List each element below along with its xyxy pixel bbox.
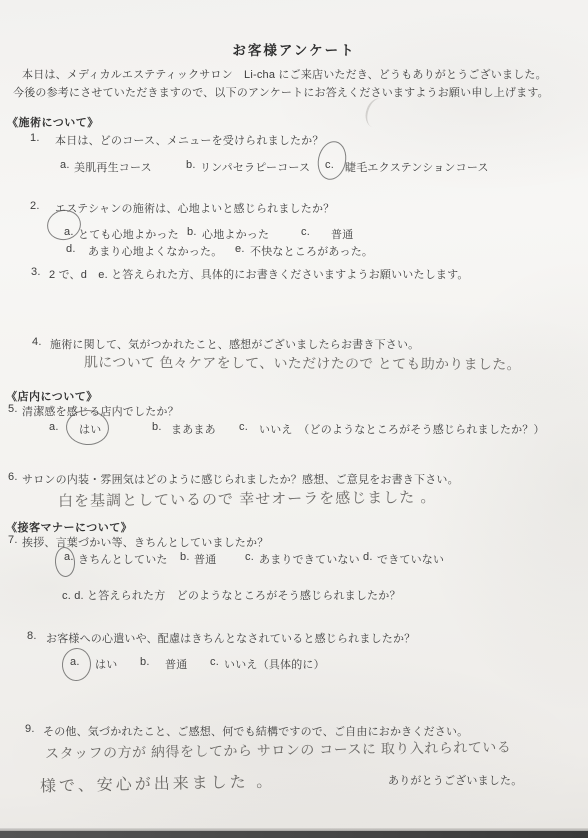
q8-option-c-key: c. [210,656,219,668]
q9-handwritten-answer-line2: 様で、安心が出来ました 。 [40,769,276,797]
q7-option-d-label: できていない [377,551,444,567]
q5-option-b-label: まあまあ [171,421,216,437]
q1-number: 1. [30,132,40,144]
survey-title: お客様アンケート [0,39,588,59]
intro-line-2: 今後の参考にさせていただきますので、以下のアンケートにお答えくださいますようお願… [13,84,549,100]
q2-option-e-key: e. [235,243,245,255]
q2-option-e-label: 不快なところがあった。 [250,243,373,259]
q3-number: 3. [31,266,41,278]
q7-followup-text: c. d. と答えられた方 どのようなところがそう感じられましたか？ [62,587,401,603]
q7-option-b-key: b. [180,551,190,563]
q6-text: サロンの内装・雰囲気はどのように感じられましたか？感想、ご意見をお書き下さい。 [22,471,459,487]
q2-text: エステシャンの施術は、心地よいと感じられましたか？ [55,200,334,216]
q3-text: 2 で、d e. と答えられた方、具体的にお書きくださいますようお願いいたします… [49,266,469,282]
q4-text: 施術に関して、気がつかれたこと、感想がございましたらお書き下さい。 [50,336,419,352]
q7-option-c-key: c. [245,551,254,563]
q9-number: 9. [25,723,35,735]
q2-option-d-label: あまり心地よくなかった。 [88,243,222,259]
q2-option-b-label: 心地よかった [202,226,269,242]
q2-option-c-label: 普通 [331,226,353,242]
q2-option-b-key: b. [187,226,197,238]
scan-bottom-edge [0,831,588,838]
q8-option-c-label: いいえ（具体的に） [224,656,325,672]
closing-thanks-text: ありがとうございました。 [388,772,522,788]
q1-text: 本日は、どのコース、メニューを受けられましたか？ [55,132,324,148]
q9-handwritten-answer-line1: スタッフの方が 納得をしてから サロンの コースに 取り入れられている [45,737,512,764]
q8-selected-circle [61,647,93,682]
q7-option-d-key: d. [363,551,373,563]
stray-pen-mark [362,95,392,130]
section-heading-treatment: 《施術について》 [7,114,99,130]
q8-option-a-label: はい [95,656,117,672]
q7-option-a-label: きちんとしていた [78,551,168,567]
q1-option-a-label: 美肌再生コース [74,159,152,175]
section-heading-shop: 《店内について》 [6,388,98,404]
q8-option-b-key: b. [140,656,150,668]
intro-line-1: 本日は、メディカルエステティックサロン Li-cha にご来店いただき、どうもあ… [22,66,547,82]
q6-number: 6. [8,471,18,483]
q7-number: 7. [8,534,18,546]
q7-option-b-label: 普通 [194,551,216,567]
q5-option-c-label: いいえ （どのようなところがそう感じられましたか？） [259,421,545,437]
q9-text: その他、気づかれたこと、ご感想、何でも結構ですので、ご自由におかきください。 [43,723,468,739]
q5-option-a-key: a. [49,421,59,433]
q1-option-c-label: 睫毛エクステンションコース [345,159,489,175]
q5-option-b-key: b. [152,421,162,433]
q2-number: 2. [30,200,40,212]
q5-option-c-key: c. [239,421,248,433]
scanned-survey-page: お客様アンケート 本日は、メディカルエステティックサロン Li-cha にご来店… [0,0,588,838]
q7-option-c-label: あまりできていない [259,551,360,567]
q5-number: 5. [8,403,18,415]
q1-option-b-key: b. [186,159,196,171]
q8-text: お客様への心遣いや、配慮はきちんとなされていると感じられましたか？ [46,630,415,646]
q2-option-a-label: とても心地よかった [78,226,179,242]
q4-number: 4. [32,336,42,348]
q2-option-c-key: c. [301,226,310,238]
q2-option-d-key: d. [66,243,76,255]
q8-option-b-label: 普通 [165,656,187,672]
section-heading-manner: 《接客マナーについて》 [6,519,132,535]
q1-option-a-key: a. [60,159,70,171]
q8-number: 8. [27,630,37,642]
q1-option-b-label: リンパセラピーコース [200,159,310,175]
q6-handwritten-answer: 白を基調としているので 幸せオーラを感じました 。 [58,486,437,511]
q4-handwritten-answer: 肌について 色々ケアをして、いただけたので とても助かりました。 [84,352,521,374]
